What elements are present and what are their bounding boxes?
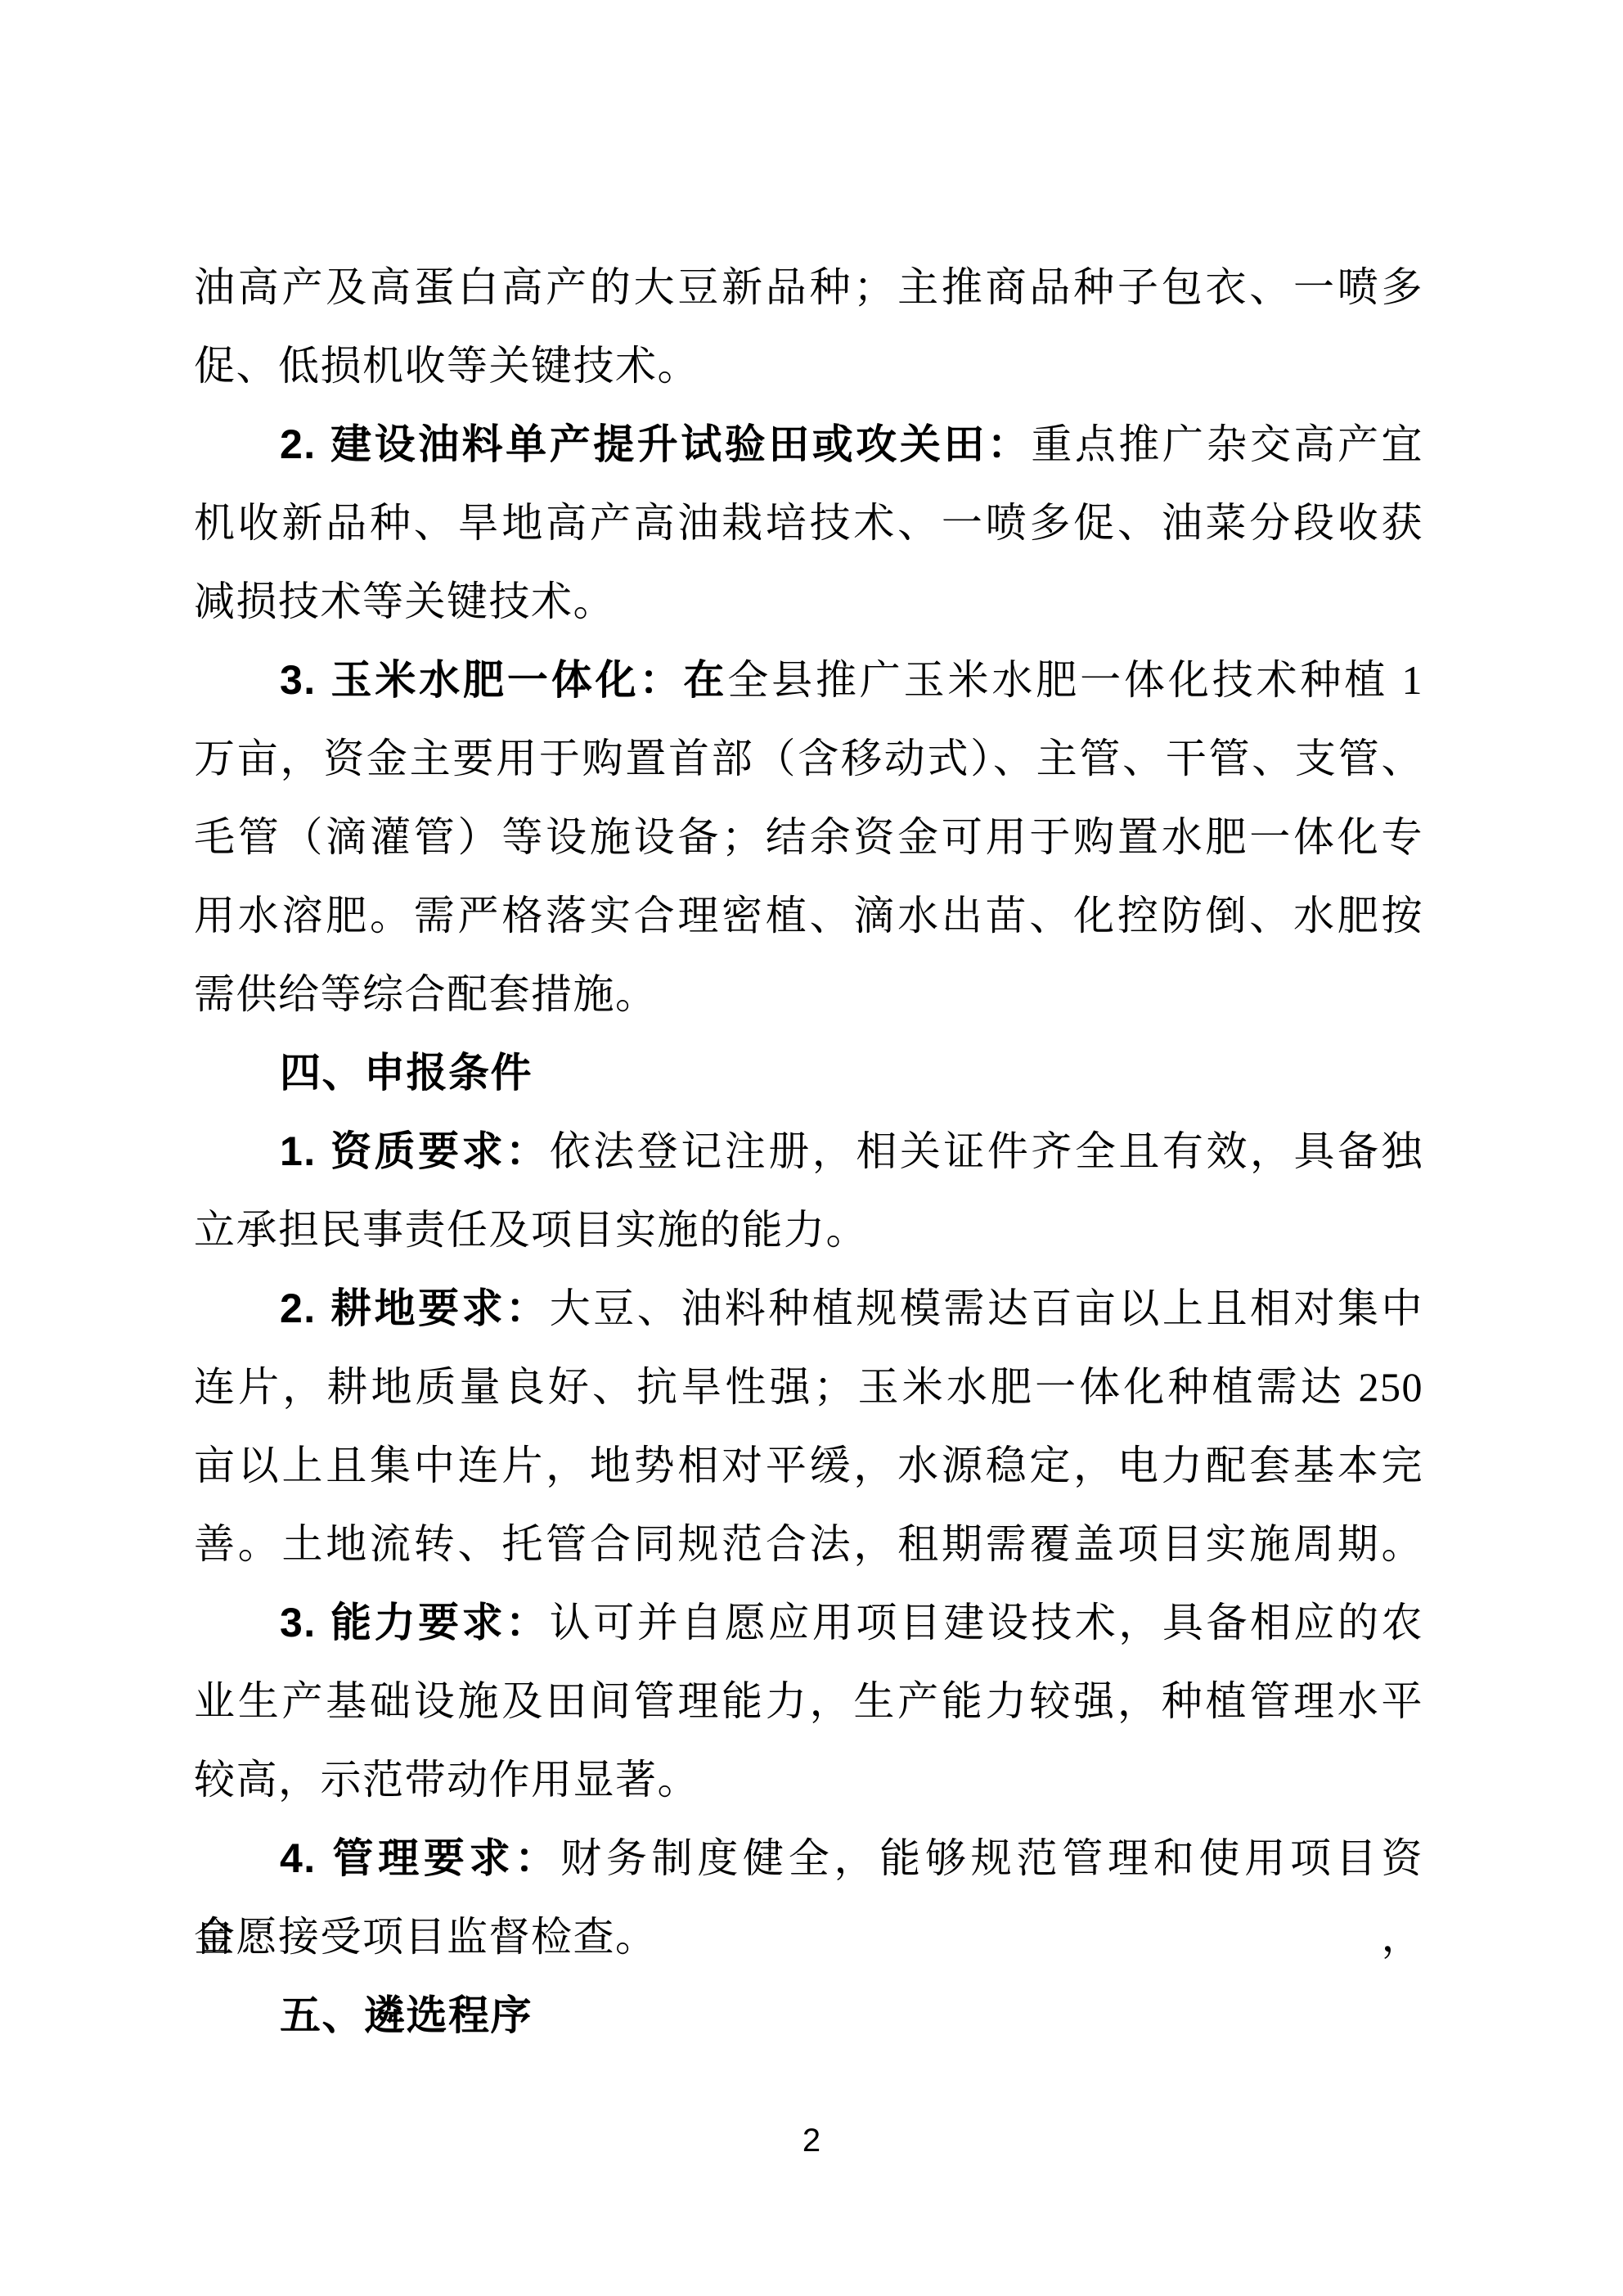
text-line: 善。土地流转、托管合同规范合法，租期需覆盖项目实施周期。 (194, 1505, 1423, 1583)
text-line: 1. 资质要求：依法登记注册，相关证件齐全且有效，具备独 (194, 1112, 1423, 1191)
text-run: 认可并自愿应用项目建设技术，具备相应的农 (550, 1600, 1423, 1645)
text-run: 减损技术等关键技术。 (194, 579, 615, 624)
text-line: 立承担民事责任及项目实施的能力。 (194, 1191, 1423, 1269)
text-line: 较高，示范带动作用显著。 (194, 1740, 1423, 1819)
text-run: 善。土地流转、托管合同规范合法，租期需覆盖项目实施周期。 (194, 1521, 1423, 1567)
bold-text-run: 3. 玉米水肥一体化：在 (280, 657, 727, 703)
text-line: 业生产基础设施及田间管理能力，生产能力较强，种植管理水平 (194, 1662, 1423, 1740)
bold-text-run: 4. 管理要求： (280, 1835, 560, 1881)
text-run: 连片，耕地质量良好、抗旱性强；玉米水肥一体化种植需达 250 (194, 1364, 1423, 1410)
text-line: 3. 能力要求：认可并自愿应用项目建设技术，具备相应的农 (194, 1583, 1423, 1662)
body-text: 油高产及高蛋白高产的大豆新品种；主推商品种子包衣、一喷多促、低损机收等关键技术。… (194, 248, 1423, 2055)
text-line: 2. 建设油料单产提升试验田或攻关田：重点推广杂交高产宜 (194, 405, 1423, 484)
text-line: 四、申报条件 (194, 1033, 1423, 1112)
text-run: 促、低损机收等关键技术。 (194, 343, 699, 389)
page-number: 2 (0, 2121, 1623, 2160)
text-run: 亩以上且集中连片，地势相对平缓，水源稳定，电力配套基本完 (194, 1443, 1423, 1488)
text-line: 促、低损机收等关键技术。 (194, 326, 1423, 405)
text-run: 用水溶肥。需严格落实合理密植、滴水出苗、化控防倒、水肥按 (194, 893, 1423, 939)
text-run: 需供给等综合配套措施。 (194, 971, 658, 1017)
text-line: 减损技术等关键技术。 (194, 562, 1423, 641)
text-line: 需供给等综合配套措施。 (194, 955, 1423, 1033)
text-line: 用水溶肥。需严格落实合理密植、滴水出苗、化控防倒、水肥按 (194, 876, 1423, 955)
text-line: 2. 耕地要求：大豆、油料种植规模需达百亩以上且相对集中 (194, 1269, 1423, 1348)
bold-text-run: 五、遴选程序 (280, 1992, 533, 2038)
text-run: 油高产及高蛋白高产的大豆新品种；主推商品种子包衣、一喷多 (194, 264, 1423, 310)
text-run: 业生产基础设施及田间管理能力，生产能力较强，种植管理水平 (194, 1678, 1423, 1724)
text-run: 较高，示范带动作用显著。 (194, 1757, 699, 1803)
text-run: 万亩，资金主要用于购置首部（含移动式）、主管、干管、支管、 (194, 736, 1423, 781)
text-run: 全县推广玉米水肥一体化技术种植 1 (727, 657, 1423, 703)
bold-text-run: 四、申报条件 (280, 1050, 533, 1096)
text-line: 3. 玉米水肥一体化：在全县推广玉米水肥一体化技术种植 1 (194, 641, 1423, 719)
text-run: 大豆、油料种植规模需达百亩以上且相对集中 (550, 1285, 1423, 1331)
bold-text-run: 1. 资质要求： (280, 1128, 550, 1174)
text-line: 亩以上且集中连片，地势相对平缓，水源稳定，电力配套基本完 (194, 1426, 1423, 1505)
text-line: 万亩，资金主要用于购置首部（含移动式）、主管、干管、支管、 (194, 719, 1423, 798)
text-run: 毛管（滴灌管）等设施设备；结余资金可用于购置水肥一体化专 (194, 814, 1423, 860)
bold-text-run: 2. 建设油料单产提升试验田或攻关田： (280, 421, 1031, 467)
bold-text-run: 2. 耕地要求： (280, 1285, 550, 1331)
text-run: 机收新品种、旱地高产高油栽培技术、一喷多促、油菜分段收获 (194, 500, 1423, 546)
text-run: 自愿接受项目监督检查。 (194, 1914, 658, 1960)
text-run: 立承担民事责任及项目实施的能力。 (194, 1207, 868, 1253)
bold-text-run: 3. 能力要求： (280, 1600, 550, 1645)
document-page: 油高产及高蛋白高产的大豆新品种；主推商品种子包衣、一喷多促、低损机收等关键技术。… (0, 0, 1623, 2296)
text-line: 五、遴选程序 (194, 1976, 1423, 2055)
text-line: 机收新品种、旱地高产高油栽培技术、一喷多促、油菜分段收获 (194, 484, 1423, 562)
text-line: 4. 管理要求：财务制度健全，能够规范管理和使用项目资金， (194, 1819, 1423, 1898)
text-run: 依法登记注册，相关证件齐全且有效，具备独 (550, 1128, 1423, 1174)
text-line: 毛管（滴灌管）等设施设备；结余资金可用于购置水肥一体化专 (194, 798, 1423, 876)
text-line: 油高产及高蛋白高产的大豆新品种；主推商品种子包衣、一喷多 (194, 248, 1423, 326)
text-run: 重点推广杂交高产宜 (1031, 421, 1423, 467)
text-line: 连片，耕地质量良好、抗旱性强；玉米水肥一体化种植需达 250 (194, 1348, 1423, 1426)
